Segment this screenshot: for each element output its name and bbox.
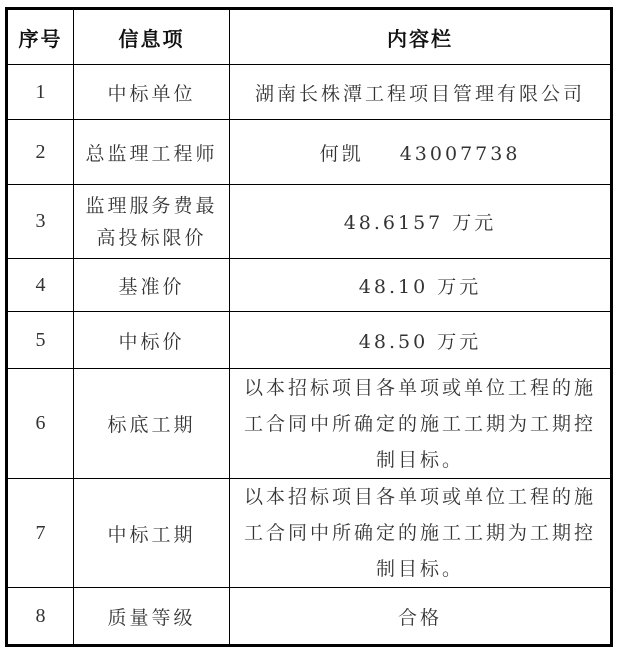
header-row: 序号 信息项 内容栏 [7,9,612,65]
table-row: 5 中标价 48.50 万元 [7,312,612,369]
table-row: 8 质量等级 合格 [7,588,612,646]
row-content: 48.6157 万元 [230,185,612,259]
row-no: 1 [7,65,74,120]
row-content: 合格 [230,588,612,646]
header-content: 内容栏 [230,9,612,65]
row-no: 7 [7,479,74,588]
table-row: 7 中标工期 以本招标项目各单项或单位工程的施工合同中所确定的施工工期为工期控制… [7,479,612,588]
row-item: 中标价 [74,312,230,369]
row-content: 何凯 43007738 [230,120,612,185]
table-row: 4 基准价 48.10 万元 [7,259,612,312]
row-item: 质量等级 [74,588,230,646]
row-item: 总监理工程师 [74,120,230,185]
header-item: 信息项 [74,9,230,65]
row-item: 中标单位 [74,65,230,120]
bid-result-table: 序号 信息项 内容栏 1 中标单位 湖南长株潭工程项目管理有限公司 2 总监理工… [5,7,613,647]
header-no: 序号 [7,9,74,65]
row-content: 湖南长株潭工程项目管理有限公司 [230,65,612,120]
row-content: 以本招标项目各单项或单位工程的施工合同中所确定的施工工期为工期控制目标。 [230,369,612,479]
row-no: 5 [7,312,74,369]
row-no: 6 [7,369,74,479]
row-item: 监理服务费最高投标限价 [74,185,230,259]
row-no: 8 [7,588,74,646]
row-item: 中标工期 [74,479,230,588]
row-no: 3 [7,185,74,259]
row-item: 标底工期 [74,369,230,479]
row-item: 基准价 [74,259,230,312]
row-no: 4 [7,259,74,312]
table-row: 2 总监理工程师 何凯 43007738 [7,120,612,185]
table-row: 1 中标单位 湖南长株潭工程项目管理有限公司 [7,65,612,120]
row-no: 2 [7,120,74,185]
row-content: 48.50 万元 [230,312,612,369]
row-content: 以本招标项目各单项或单位工程的施工合同中所确定的施工工期为工期控制目标。 [230,479,612,588]
table-row: 3 监理服务费最高投标限价 48.6157 万元 [7,185,612,259]
row-content: 48.10 万元 [230,259,612,312]
table-row: 6 标底工期 以本招标项目各单项或单位工程的施工合同中所确定的施工工期为工期控制… [7,369,612,479]
